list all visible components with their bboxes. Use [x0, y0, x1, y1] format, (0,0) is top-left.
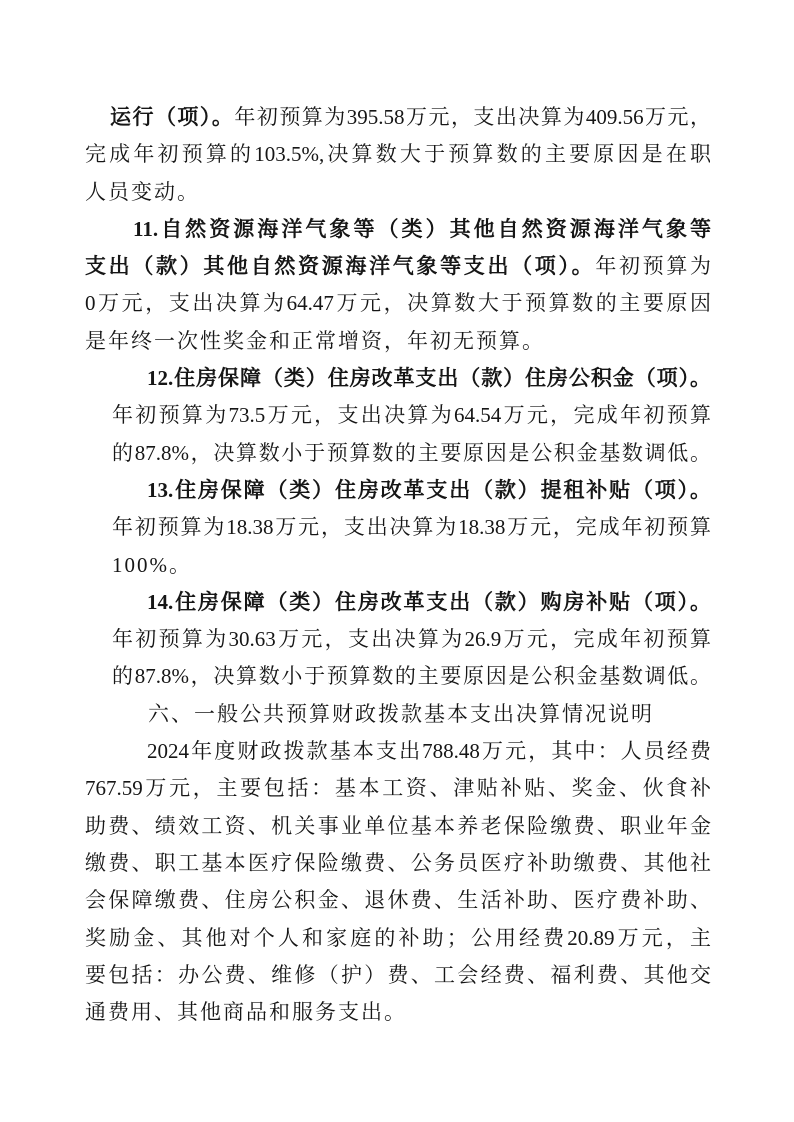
- bold-text-segment: 11.自然资源海洋气象等（类）其他自然资源海洋气象等: [133, 217, 711, 241]
- text-line: 支出（款）其他自然资源海洋气象等支出（项）。年初预算为: [85, 248, 711, 285]
- text-line: 完成年初预算的103.5%,决算数大于预算数的主要原因是在职: [85, 136, 711, 173]
- text-segment: 年初预算为: [595, 254, 711, 278]
- text-segment: 100%。: [112, 553, 192, 577]
- bold-text-segment: 14.住房保障（类）住房改革支出（款）购房补贴（项）。: [147, 590, 711, 614]
- bold-text-segment: 13.住房保障（类）住房改革支出（款）提租补贴（项）。: [147, 478, 711, 502]
- text-line: 六、一般公共预算财政拨款基本支出决算情况说明: [85, 696, 711, 733]
- text-line: 2024年度财政拨款基本支出788.48万元，其中：人员经费: [85, 733, 711, 770]
- text-line: 的87.8%，决算数小于预算数的主要原因是公积金基数调低。: [85, 658, 711, 695]
- text-line: 奖励金、其他对个人和家庭的补助；公用经费20.89万元，主: [85, 920, 711, 957]
- text-line: 要包括：办公费、维修（护）费、工会经费、福利费、其他交: [85, 957, 711, 994]
- text-line: 会保障缴费、住房公积金、退休费、生活补助、医疗费补助、: [85, 882, 711, 919]
- text-segment: 2024年度财政拨款基本支出788.48万元，其中：人员经费: [147, 739, 711, 763]
- text-line: 0万元，支出决算为64.47万元，决算数大于预算数的主要原因: [85, 285, 711, 322]
- text-line: 13.住房保障（类）住房改革支出（款）提租补贴（项）。: [85, 472, 711, 509]
- text-line: 11.自然资源海洋气象等（类）其他自然资源海洋气象等: [85, 211, 711, 248]
- item-14-paragraph: 14.住房保障（类）住房改革支出（款）购房补贴（项）。年初预算为30.63万元，…: [85, 584, 711, 696]
- text-line: 运行（项）。年初预算为395.58万元，支出决算为409.56万元，: [85, 99, 711, 136]
- text-line: 通费用、其他商品和服务支出。: [85, 994, 711, 1031]
- text-segment: 年初预算为73.5万元，支出决算为64.54万元，完成年初预算: [112, 403, 711, 427]
- text-segment: 0万元，支出决算为64.47万元，决算数大于预算数的主要原因: [85, 291, 711, 315]
- text-segment: 六、一般公共预算财政拨款基本支出决算情况说明: [148, 702, 654, 726]
- text-segment: 助费、绩效工资、机关事业单位基本养老保险缴费、职业年金: [85, 814, 711, 838]
- text-segment: 是年终一次性奖金和正常增资，年初无预算。: [85, 329, 545, 353]
- text-segment: 通费用、其他商品和服务支出。: [85, 1000, 407, 1024]
- text-segment: 的87.8%，决算数小于预算数的主要原因是公积金基数调低。: [112, 441, 711, 465]
- text-segment: 缴费、职工基本医疗保险缴费、公务员医疗补助缴费、其他社: [85, 851, 711, 875]
- text-segment: 要包括：办公费、维修（护）费、工会经费、福利费、其他交: [85, 963, 711, 987]
- bold-text-segment: 运行（项）。: [110, 105, 234, 129]
- item-12-paragraph: 12.住房保障（类）住房改革支出（款）住房公积金（项）。年初预算为73.5万元，…: [85, 360, 711, 472]
- bold-text-segment: 支出（款）其他自然资源海洋气象等支出（项）。: [85, 254, 595, 278]
- text-line: 12.住房保障（类）住房改革支出（款）住房公积金（项）。: [85, 360, 711, 397]
- text-segment: 年初预算为18.38万元，支出决算为18.38万元，完成年初预算: [112, 515, 711, 539]
- text-segment: 完成年初预算的103.5%,决算数大于预算数的主要原因是在职: [85, 142, 711, 166]
- item-11-paragraph: 11.自然资源海洋气象等（类）其他自然资源海洋气象等支出（款）其他自然资源海洋气…: [85, 211, 711, 360]
- text-line: 年初预算为73.5万元，支出决算为64.54万元，完成年初预算: [85, 397, 711, 434]
- text-line: 缴费、职工基本医疗保险缴费、公务员医疗补助缴费、其他社: [85, 845, 711, 882]
- document-text-block: 运行（项）。年初预算为395.58万元，支出决算为409.56万元，完成年初预算…: [85, 99, 711, 1031]
- text-line: 年初预算为30.63万元，支出决算为26.9万元，完成年初预算: [85, 621, 711, 658]
- text-line: 14.住房保障（类）住房改革支出（款）购房补贴（项）。: [85, 584, 711, 621]
- text-line: 的87.8%，决算数小于预算数的主要原因是公积金基数调低。: [85, 435, 711, 472]
- text-segment: 会保障缴费、住房公积金、退休费、生活补助、医疗费补助、: [85, 888, 711, 912]
- text-segment: 年初预算为30.63万元，支出决算为26.9万元，完成年初预算: [112, 627, 711, 651]
- item-10-continuation-paragraph: 运行（项）。年初预算为395.58万元，支出决算为409.56万元，完成年初预算…: [85, 99, 711, 211]
- section-6-heading: 六、一般公共预算财政拨款基本支出决算情况说明: [85, 696, 711, 733]
- bold-text-segment: 12.住房保障（类）住房改革支出（款）住房公积金（项）。: [147, 366, 711, 390]
- text-segment: 的87.8%，决算数小于预算数的主要原因是公积金基数调低。: [112, 664, 711, 688]
- text-line: 助费、绩效工资、机关事业单位基本养老保险缴费、职业年金: [85, 808, 711, 845]
- text-segment: 767.59万元，主要包括：基本工资、津贴补贴、奖金、伙食补: [85, 776, 711, 800]
- text-segment: 年初预算为395.58万元，支出决算为409.56万元，: [234, 105, 711, 129]
- document-page: 运行（项）。年初预算为395.58万元，支出决算为409.56万元，完成年初预算…: [0, 0, 794, 1122]
- text-line: 767.59万元，主要包括：基本工资、津贴补贴、奖金、伙食补: [85, 770, 711, 807]
- text-line: 人员变动。: [85, 174, 711, 211]
- text-segment: 奖励金、其他对个人和家庭的补助；公用经费20.89万元，主: [85, 926, 711, 950]
- section-6-body-paragraph: 2024年度财政拨款基本支出788.48万元，其中：人员经费767.59万元，主…: [85, 733, 711, 1031]
- text-line: 是年终一次性奖金和正常增资，年初无预算。: [85, 323, 711, 360]
- item-13-paragraph: 13.住房保障（类）住房改革支出（款）提租补贴（项）。年初预算为18.38万元，…: [85, 472, 711, 584]
- text-line: 100%。: [85, 547, 711, 584]
- text-segment: 人员变动。: [85, 180, 200, 204]
- text-line: 年初预算为18.38万元，支出决算为18.38万元，完成年初预算: [85, 509, 711, 546]
